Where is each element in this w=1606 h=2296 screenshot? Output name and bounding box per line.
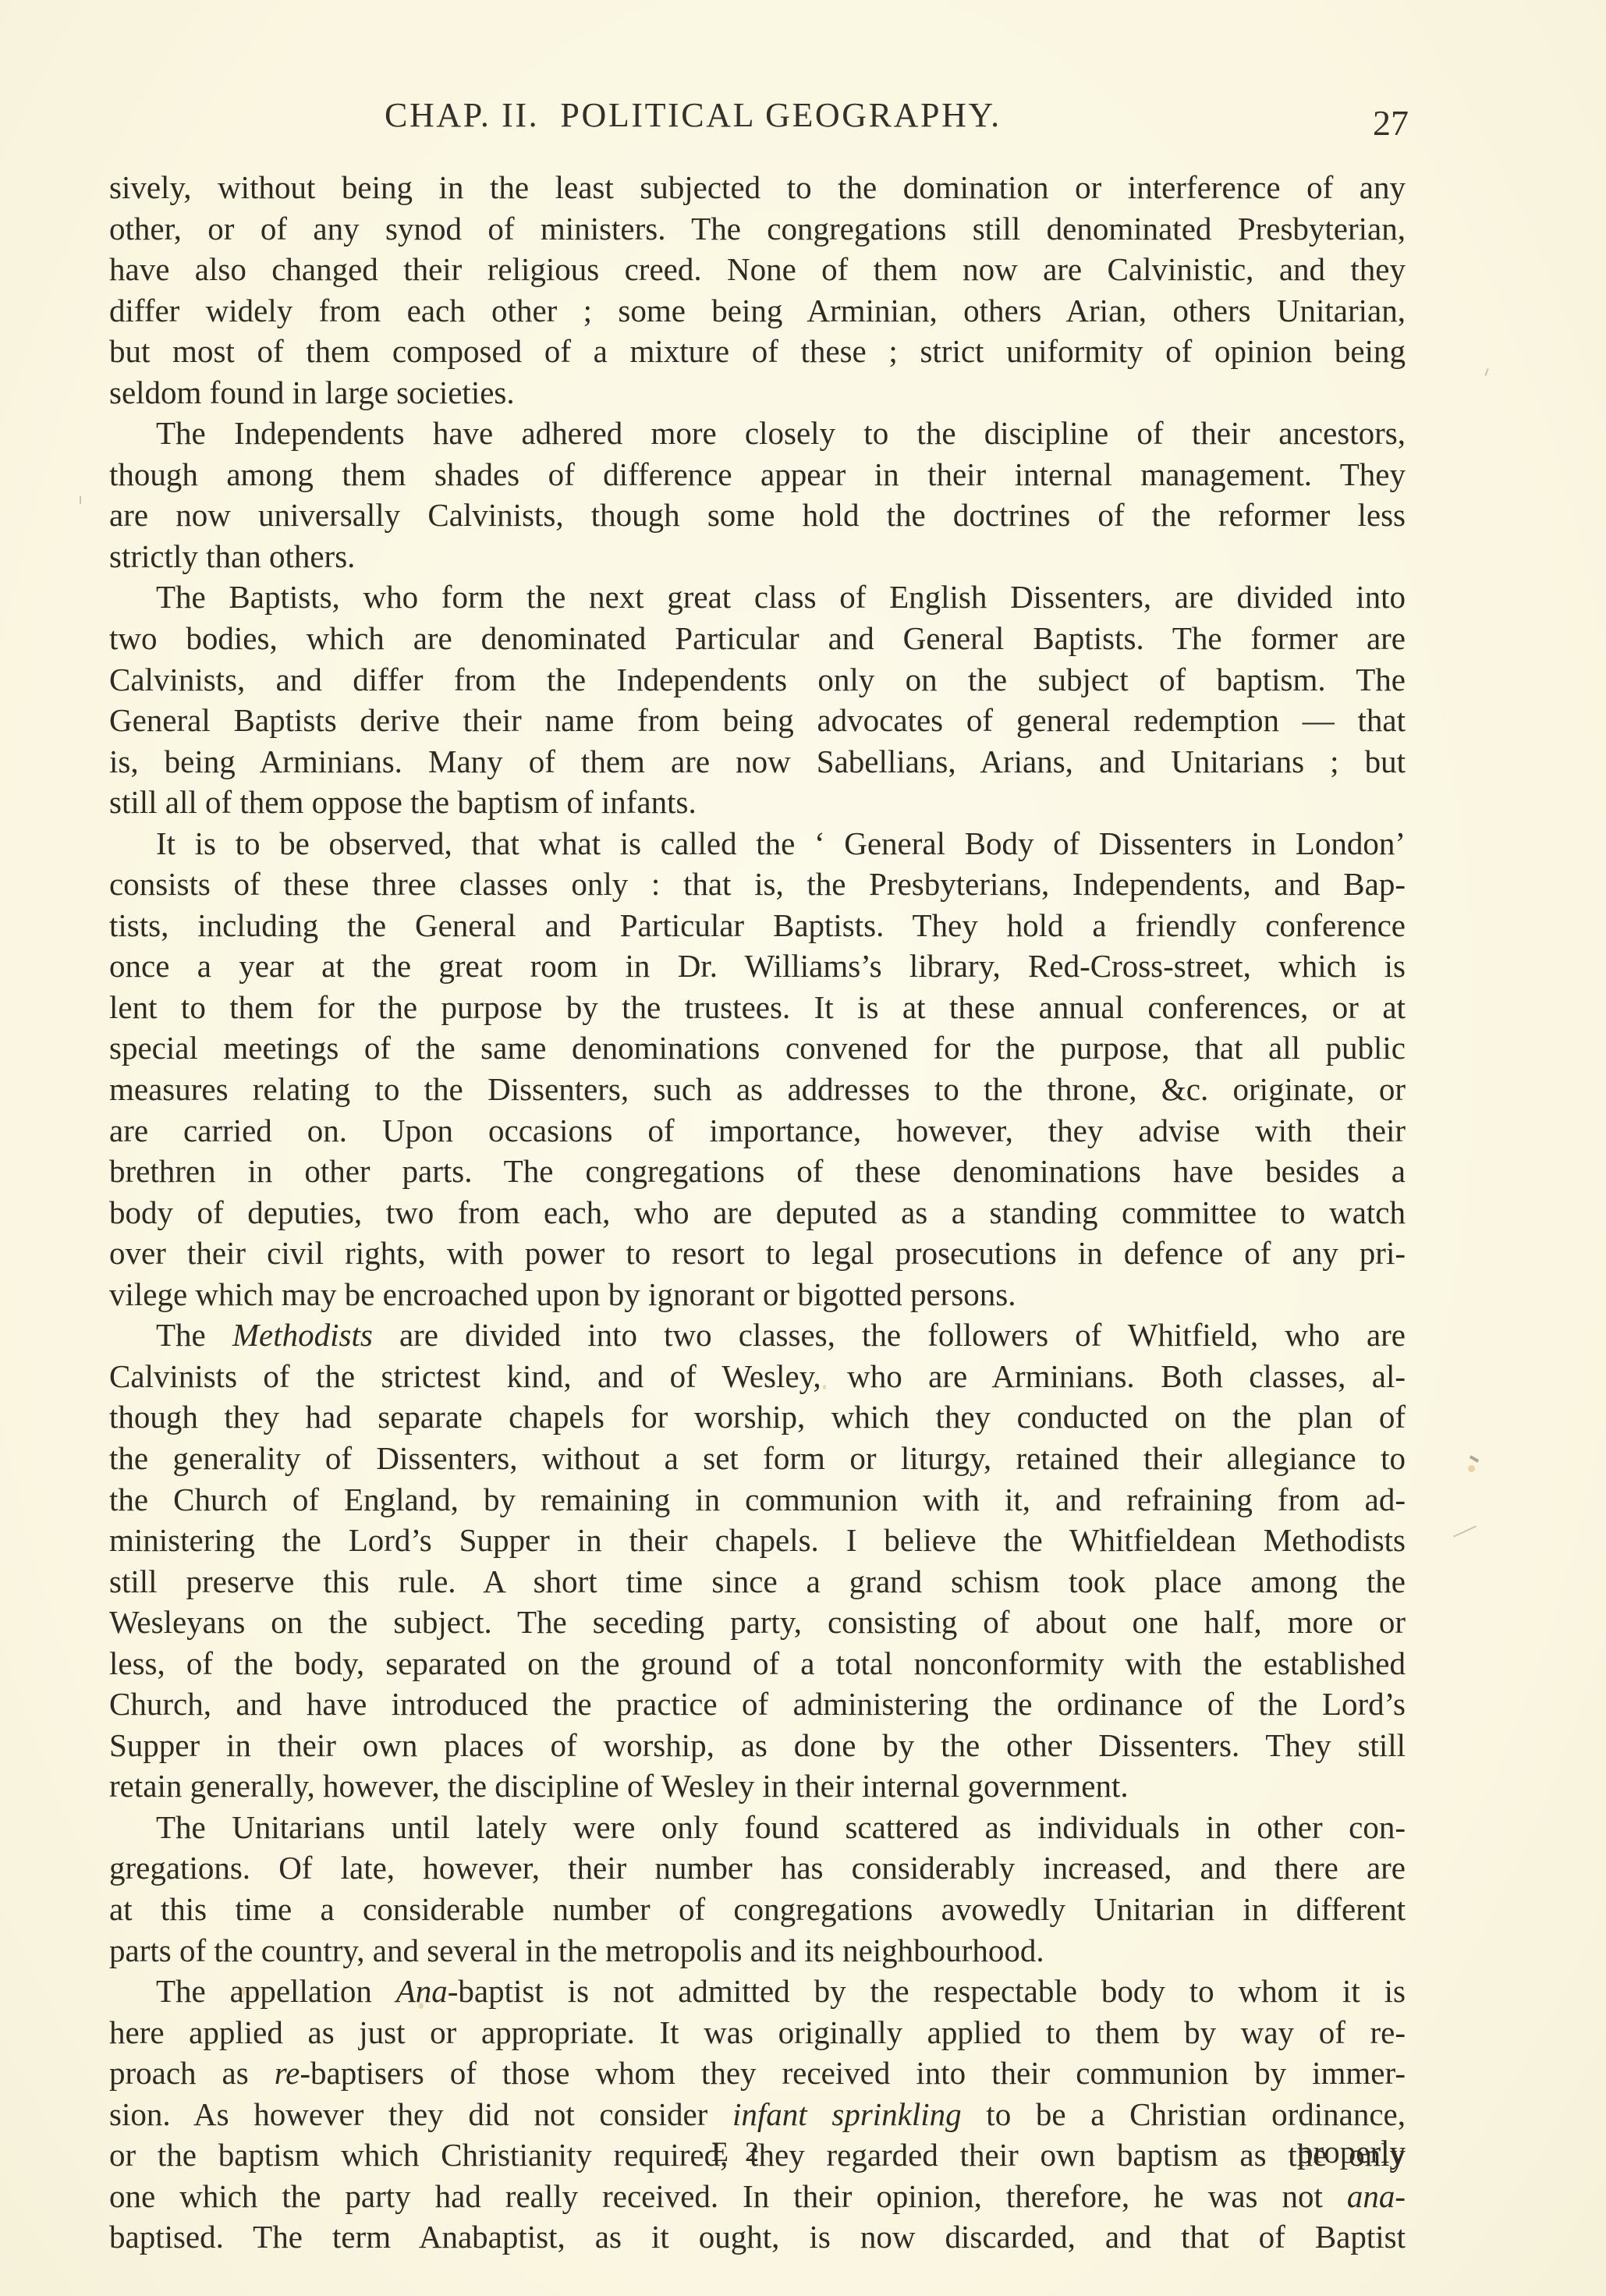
italic-term: ana- xyxy=(1347,2178,1406,2214)
italic-term: infant sprinkling xyxy=(732,2096,962,2132)
text-line: over their civil rights, with power to r… xyxy=(109,1233,1406,1274)
text-line: retain generally, however, the disciplin… xyxy=(109,1765,1406,1807)
paragraph-baptists: The Baptists, who form the next great cl… xyxy=(109,577,1406,822)
text-line: less, of the body, separated on the grou… xyxy=(109,1643,1406,1684)
text-line: the generality of Dissenters, without a … xyxy=(109,1438,1406,1479)
italic-term: re xyxy=(275,2055,300,2091)
text-line: have also changed their religious creed.… xyxy=(109,249,1406,290)
text-line: is, being Arminians. Many of them are no… xyxy=(109,741,1406,782)
text-line: Church, and have introduced the practice… xyxy=(109,1684,1406,1725)
text-line: at this time a considerable number of co… xyxy=(109,1889,1406,1930)
text-line: are now universally Calvinists, though s… xyxy=(109,495,1406,536)
text-line: vilege which may be encroached upon by i… xyxy=(109,1274,1406,1315)
text-line-re: proach as re-baptisers of those whom the… xyxy=(109,2053,1406,2094)
text-line: strictly than others. xyxy=(109,536,1406,577)
running-title: CHAP. II. POLITICAL GEOGRAPHY. xyxy=(385,92,1002,139)
text-line: though they had separate chapels for wor… xyxy=(109,1396,1406,1438)
catchword: properly xyxy=(1297,2131,1406,2172)
text-line: It is to be observed, that what is calle… xyxy=(109,823,1406,864)
text-line: Calvinists, and differ from the Independ… xyxy=(109,659,1406,701)
paragraph-independents: The Independents have adhered more close… xyxy=(109,413,1406,577)
text-line: body of deputies, two from each, who are… xyxy=(109,1192,1406,1233)
text-line-infant-sprinkling: sion. As however they did not consider i… xyxy=(109,2094,1406,2135)
text-line: but most of them composed of a mixture o… xyxy=(109,331,1406,372)
book-page: CHAP. II. POLITICAL GEOGRAPHY. 27 sively… xyxy=(0,0,1606,2296)
paragraph-general-body: It is to be observed, that what is calle… xyxy=(109,823,1406,1315)
paragraph-methodists: The Methodists are divided into two clas… xyxy=(109,1315,1406,1807)
text-line: are carried on. Upon occasions of import… xyxy=(109,1110,1406,1152)
stray-mark xyxy=(1484,368,1488,376)
paragraph-anabaptist: The appellation Ana-baptist is not admit… xyxy=(109,1971,1406,2258)
text-line: brethren in other parts. The congregatio… xyxy=(109,1151,1406,1192)
text-line: differ widely from each other ; some bei… xyxy=(109,290,1406,332)
paragraph-unitarians: The Unitarians until lately were only fo… xyxy=(109,1807,1406,1971)
stray-mark xyxy=(80,496,81,504)
running-head: CHAP. II. POLITICAL GEOGRAPHY. 27 xyxy=(109,92,1409,139)
stray-mark xyxy=(1453,1525,1477,1537)
foxing-spot xyxy=(823,1385,826,1389)
text-line: ministering the Lord’s Supper in their c… xyxy=(109,1520,1406,1561)
text-line: special meetings of the same denominatio… xyxy=(109,1027,1406,1069)
text-line: baptised. The term Anabaptist, as it oug… xyxy=(109,2216,1406,2258)
text-line: General Baptists derive their name from … xyxy=(109,700,1406,741)
text-line: seldom found in large societies. xyxy=(109,372,1406,413)
text-line: tists, including the General and Particu… xyxy=(109,905,1406,946)
text-line: the Church of England, by remaining in c… xyxy=(109,1479,1406,1521)
text-line: two bodies, which are denominated Partic… xyxy=(109,618,1406,659)
page-footer: E 2 properly xyxy=(109,2131,1406,2172)
text-line: The Independents have adhered more close… xyxy=(109,413,1406,454)
text-line-methodists: The Methodists are divided into two clas… xyxy=(109,1315,1406,1356)
page-number: 27 xyxy=(1373,100,1409,147)
text-line: other, or of any synod of ministers. The… xyxy=(109,208,1406,250)
text-line: here applied as just or appropriate. It … xyxy=(109,2012,1406,2053)
foxing-spot xyxy=(1468,1465,1475,1472)
text-line: sively, without being in the least subje… xyxy=(109,167,1406,208)
text-line: once a year at the great room in Dr. Wil… xyxy=(109,946,1406,987)
paragraph-presbyterians: sively, without being in the least subje… xyxy=(109,167,1406,413)
text-line: still all of them oppose the baptism of … xyxy=(109,782,1406,823)
body-text: sively, without being in the least subje… xyxy=(109,167,1406,2258)
foxing-spot xyxy=(241,1988,246,1996)
text-line: still preserve this rule. A short time s… xyxy=(109,1561,1406,1602)
text-line: gregations. Of late, however, their numb… xyxy=(109,1847,1406,1889)
text-line: The Unitarians until lately were only fo… xyxy=(109,1807,1406,1848)
text-line: parts of the country, and several in the… xyxy=(109,1930,1406,1971)
text-line: Wesleyans on the subject. The seceding p… xyxy=(109,1602,1406,1643)
text-line: Calvinists of the strictest kind, and of… xyxy=(109,1356,1406,1397)
text-line: though among them shades of difference a… xyxy=(109,454,1406,495)
foxing-spot xyxy=(419,2003,424,2009)
text-line: consists of these three classes only : t… xyxy=(109,864,1406,905)
text-line-ana: The appellation Ana-baptist is not admit… xyxy=(109,1971,1406,2012)
text-line-ana-hyphen: one which the party had really received.… xyxy=(109,2176,1406,2217)
text-line: Supper in their own places of worship, a… xyxy=(109,1725,1406,1766)
text-line: The Baptists, who form the next great cl… xyxy=(109,577,1406,618)
signature-mark: E 2 xyxy=(711,2131,764,2172)
stray-mark xyxy=(1470,1455,1479,1462)
text-line: measures relating to the Dissenters, suc… xyxy=(109,1069,1406,1110)
italic-term: Methodists xyxy=(232,1317,373,1353)
text-line: lent to them for the purpose by the trus… xyxy=(109,987,1406,1028)
